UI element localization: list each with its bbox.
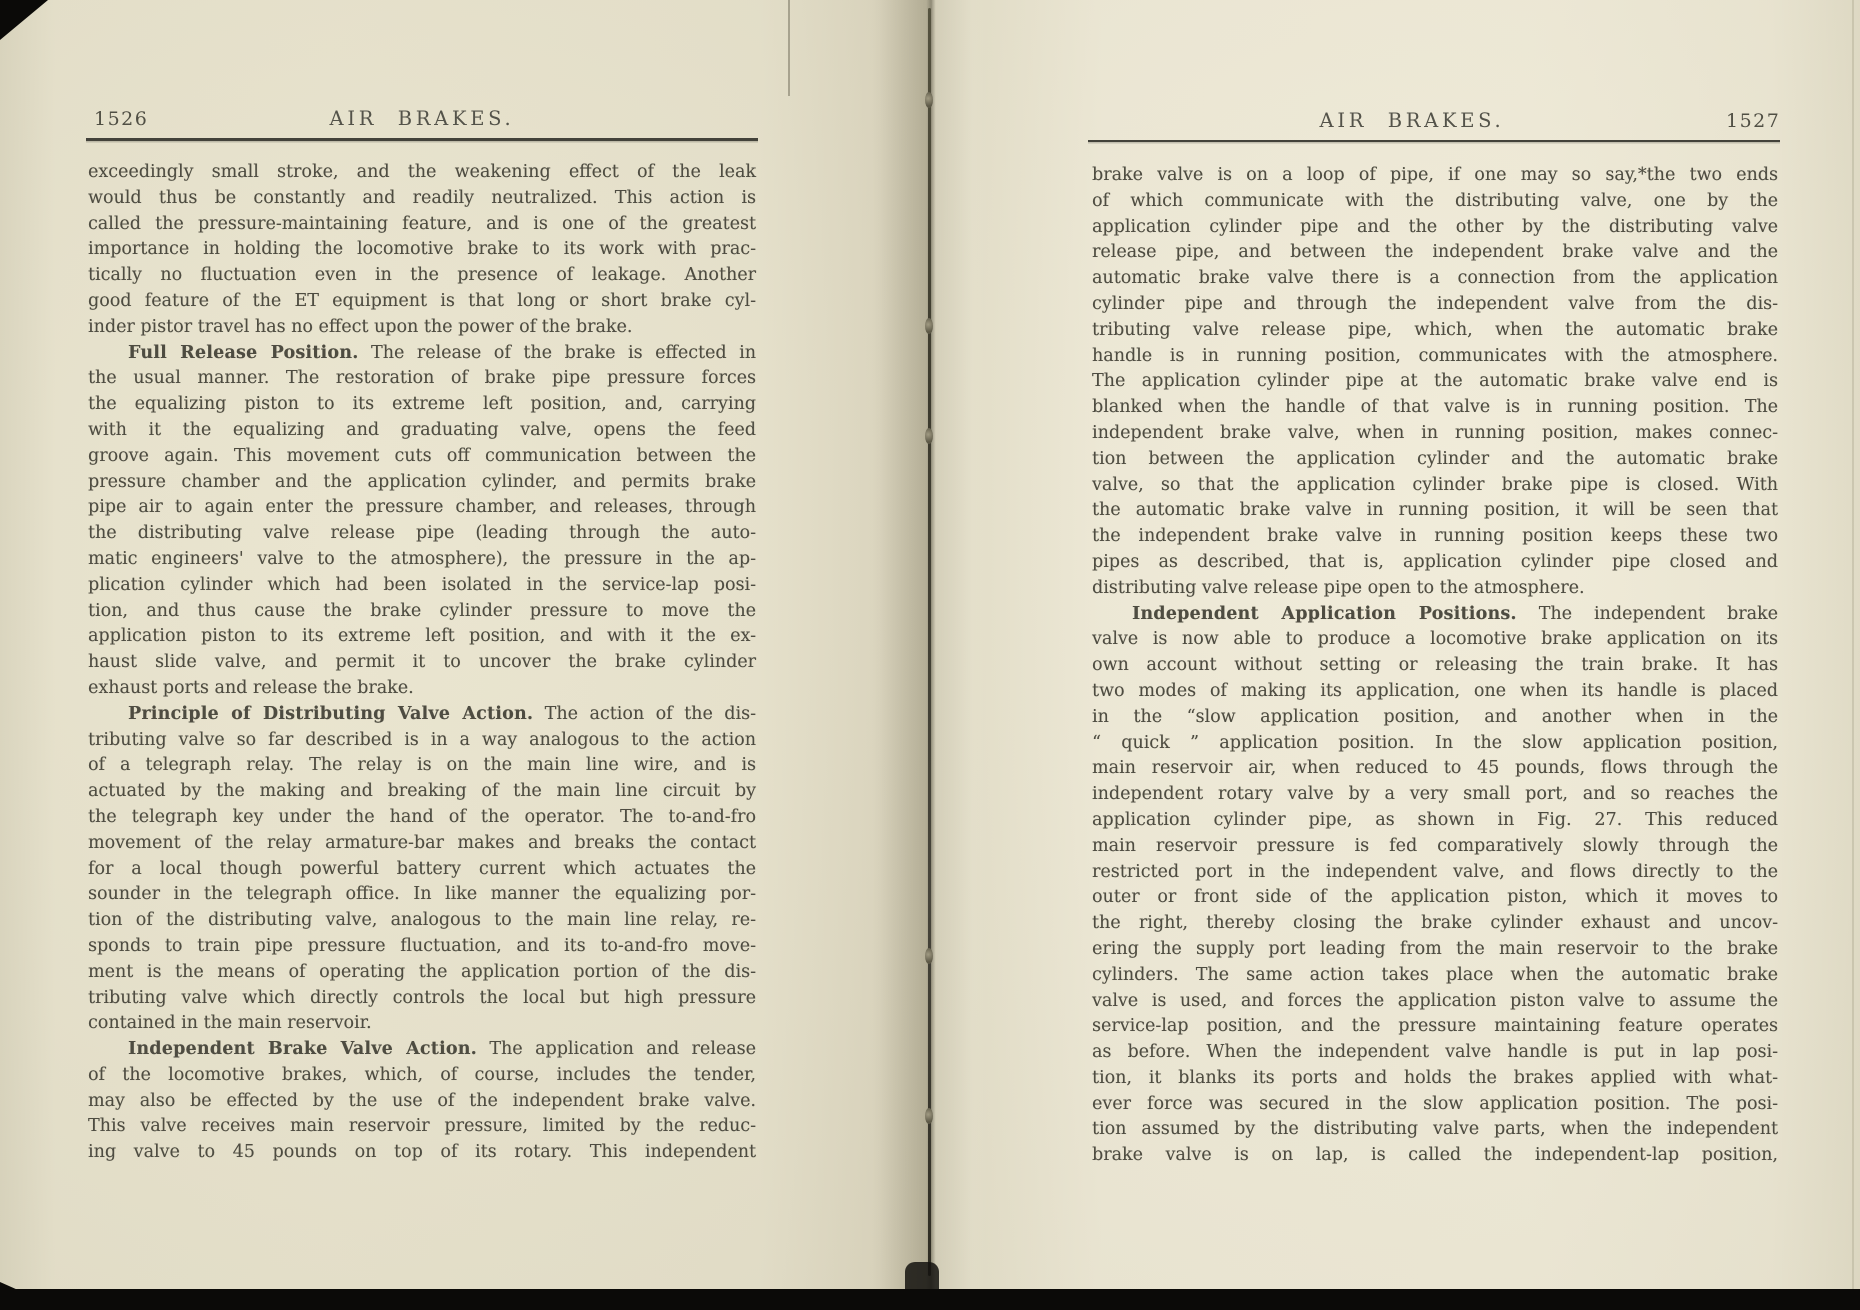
paragraph-heading: Independent Application Positions. [1132,604,1517,624]
text-line: valve, so that the application cylinder … [1092,473,1778,499]
text-line: two modes of making its application, one… [1092,679,1778,705]
text-line: outer or front side of the application p… [1092,885,1778,911]
text-line: ering the supply port leading from the m… [1092,937,1778,963]
text-line: of which communicate with the distributi… [1092,189,1778,215]
text-line: contained in the main reservoir. [88,1011,756,1037]
text-line: good feature of the ET equipment is that… [88,289,756,315]
binding-stitch [925,318,933,334]
text-line: automatic brake valve there is a connect… [1092,266,1778,292]
left-running-head: AIR BRAKES. [88,107,756,130]
text-line: the automatic brake valve in running pos… [1092,498,1778,524]
text-line: handle is in running position, communica… [1092,344,1778,370]
text-line: application cylinder pipe and the other … [1092,215,1778,241]
text-line: Full Release Position. The release of th… [88,341,756,367]
text-line: plication cylinder which had been isolat… [88,573,756,599]
text-line: restricted port in the independent valve… [1092,860,1778,886]
text-line: valve is used, and forces the applicatio… [1092,989,1778,1015]
text-line: tion assumed by the distributing valve p… [1092,1117,1778,1143]
text-line: pipe air to again enter the pressure cha… [88,495,756,521]
text-line: of the locomotive brakes, which, of cour… [88,1063,756,1089]
text-line: the telegraph key under the hand of the … [88,805,756,831]
paragraph-heading: Independent Brake Valve Action. [128,1039,477,1059]
text-line: release pipe, and between the independen… [1092,240,1778,266]
text-line: would thus be constantly and readily neu… [88,186,756,212]
text-line: exceedingly small stroke, and the weaken… [88,160,756,186]
text-line: brake valve is on lap, is called the ind… [1092,1143,1778,1169]
scan-edge-artifact [0,1289,1860,1310]
text-line: matic engineers' valve to the atmosphere… [88,547,756,573]
binding-stitch [925,428,933,444]
text-line: independent rotary valve by a very small… [1092,782,1778,808]
binding-line [928,8,931,1276]
page-crease [788,0,790,96]
text-line: haust slide valve, and permit it to unco… [88,650,756,676]
text-line: called the pressure-maintaining feature,… [88,212,756,238]
text-line: Independent Brake Valve Action. The appl… [88,1037,756,1063]
book-spread: 1526 AIR BRAKES. AIR BRAKES. 1527 exceed… [0,0,1860,1310]
paragraph-heading: Full Release Position. [128,343,359,363]
text-line: service-lap position, and the pressure m… [1092,1014,1778,1040]
text-line: inder pistor travel has no effect upon t… [88,315,756,341]
text-line: pressure chamber and the application cyl… [88,470,756,496]
text-line: the right, thereby closing the brake cyl… [1092,911,1778,937]
binding-stitch [925,1108,933,1124]
text-line: groove again. This movement cuts off com… [88,444,756,470]
text-line: cylinder pipe and through the independen… [1092,292,1778,318]
text-line: ever force was secured in the slow appli… [1092,1092,1778,1118]
text-line: the equalizing piston to its extreme lef… [88,392,756,418]
text-line: cylinders. The same action takes place w… [1092,963,1778,989]
text-line: valve is now able to produce a locomotiv… [1092,627,1778,653]
text-line: tion between the application cylinder an… [1092,447,1778,473]
text-line: Independent Application Positions. The i… [1092,602,1778,628]
text-line: brake valve is on a loop of pipe, if one… [1092,163,1778,189]
text-line: tically no fluctuation even in the prese… [88,263,756,289]
text-line: in the “slow application position, and a… [1092,705,1778,731]
text-line: Principle of Distributing Valve Action. … [88,702,756,728]
right-page-text: brake valve is on a loop of pipe, if one… [1092,163,1778,1169]
left-page-text: exceedingly small stroke, and the weaken… [88,160,756,1166]
text-line: tributing valve release pipe, which, whe… [1092,318,1778,344]
text-line: tributing valve so far described is in a… [88,728,756,754]
text-line: the usual manner. The restoration of bra… [88,366,756,392]
text-line: may also be effected by the use of the i… [88,1089,756,1115]
text-line: actuated by the making and breaking of t… [88,779,756,805]
right-page-number: 1527 [1726,110,1780,132]
text-line: This valve receives main reservoir press… [88,1114,756,1140]
text-line: importance in holding the locomotive bra… [88,237,756,263]
left-header-rule [86,138,758,141]
text-line: ing valve to 45 pounds on top of its rot… [88,1140,756,1166]
text-line: distributing valve release pipe open to … [1092,576,1778,602]
text-line: independent brake valve, when in running… [1092,421,1778,447]
binding-stitch [925,948,933,964]
text-line: own account without setting or releasing… [1092,653,1778,679]
text-line: main reservoir air, when reduced to 45 p… [1092,756,1778,782]
text-line: with it the equalizing and graduating va… [88,418,756,444]
text-line: tributing valve which directly controls … [88,986,756,1012]
text-line: for a local though powerful battery curr… [88,857,756,883]
text-line: the distributing valve release pipe (lea… [88,521,756,547]
binding-stitch [925,92,933,108]
text-line: of a telegraph relay. The relay is on th… [88,753,756,779]
text-line: pipes as described, that is, application… [1092,550,1778,576]
text-line: as before. When the independent valve ha… [1092,1040,1778,1066]
text-line: sounder in the telegraph office. In like… [88,882,756,908]
text-line: movement of the relay armature-bar makes… [88,831,756,857]
text-line: blanked when the handle of that valve is… [1092,395,1778,421]
text-line: tion, and thus cause the brake cylinder … [88,599,756,625]
text-line: main reservoir pressure is fed comparati… [1092,834,1778,860]
text-line: ment is the means of operating the appli… [88,960,756,986]
text-line: “ quick ” application position. In the s… [1092,731,1778,757]
text-line: The application cylinder pipe at the aut… [1092,369,1778,395]
text-line: exhaust ports and release the brake. [88,676,756,702]
paragraph-heading: Principle of Distributing Valve Action. [128,704,533,724]
right-header-rule [1088,140,1780,142]
right-running-head: AIR BRAKES. [1092,109,1732,132]
text-line: tion of the distributing valve, analogou… [88,908,756,934]
page-edge [1852,0,1854,1291]
text-line: application cylinder pipe, as shown in F… [1092,808,1778,834]
text-line: sponds to train pipe pressure fluctuatio… [88,934,756,960]
text-line: application piston to its extreme left p… [88,624,756,650]
scan-gutter-artifact [905,1262,939,1292]
text-line: tion, it blanks its ports and holds the … [1092,1066,1778,1092]
text-line: the independent brake valve in running p… [1092,524,1778,550]
